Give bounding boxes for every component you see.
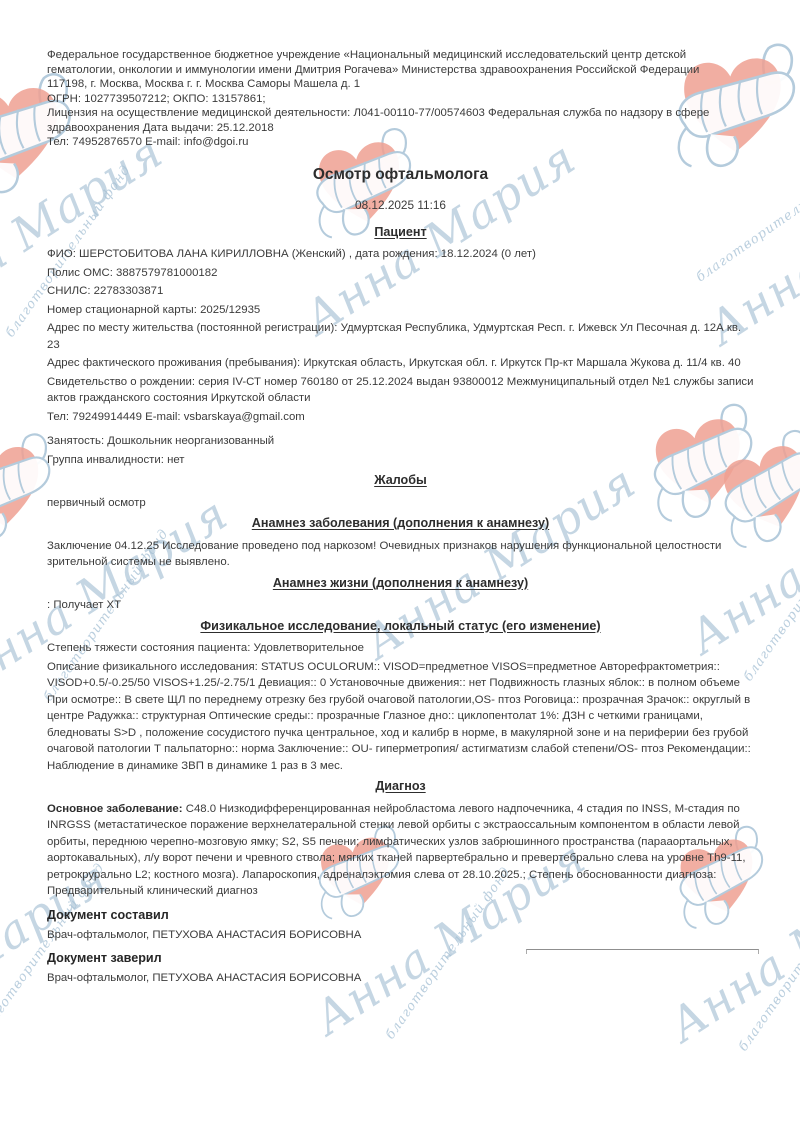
org-name: Федеральное государственное бюджетное уч…	[47, 48, 754, 77]
patient-registration-address: Адрес по месту жительства (постоянной ре…	[47, 320, 754, 353]
section-heading-patient: Пациент	[47, 225, 754, 240]
diagnosis-label: Основное заболевание:	[47, 803, 183, 815]
patient-contacts: Тел: 79249914449 E-mail: vsbarskaya@gmai…	[47, 409, 754, 426]
document-page: Анна Мария Анна Мария Анна Мария Анна Ма…	[0, 0, 800, 1131]
patient-residence-address: Адрес фактического проживания (пребывани…	[47, 355, 754, 372]
org-header: Федеральное государственное бюджетное уч…	[47, 48, 754, 150]
disease-anamnesis-text: Заключение 04.12.25 Исследование проведе…	[47, 538, 754, 571]
org-address: 117198, г. Москва, Москва г. г. Москва С…	[47, 77, 754, 92]
section-heading-complaints: Жалобы	[47, 473, 754, 488]
patient-birth-certificate: Свидетельство о рождении: серия IV-СТ но…	[47, 374, 754, 407]
patient-snils: СНИЛС: 22783303871	[47, 283, 754, 300]
physical-description: Описание физикального исследования: STAT…	[47, 659, 754, 775]
page-title: Осмотр офтальмолога	[47, 166, 754, 184]
patient-card-number: Номер стационарной карты: 2025/12935	[47, 302, 754, 319]
life-anamnesis-text: : Получает ХТ	[47, 597, 754, 614]
org-license: Лицензия на осуществление медицинской де…	[47, 106, 754, 135]
document-composed-heading: Документ составил	[47, 908, 754, 923]
section-heading-physical-exam: Физикальное исследование, локальный стат…	[47, 619, 754, 634]
org-contacts: Тел: 74952876570 E-mail: info@dgoi.ru	[47, 135, 754, 150]
document-content: Федеральное государственное бюджетное уч…	[0, 0, 800, 987]
physical-severity: Степень тяжести состояния пациента: Удов…	[47, 640, 754, 657]
diagnosis-body: С48.0 Низкодифференцированная нейробласт…	[47, 803, 746, 898]
complaints-text: первичный осмотр	[47, 495, 754, 512]
document-approved-by: Врач-офтальмолог, ПЕТУХОВА АНАСТАСИЯ БОР…	[47, 970, 754, 987]
section-heading-disease-anamnesis: Анамнез заболевания (дополнения к анамне…	[47, 516, 754, 531]
patient-disability-group: Группа инвалидности: нет	[47, 452, 754, 469]
patient-fio: ФИО: ШЕРСТОБИТОВА ЛАНА КИРИЛЛОВНА (Женск…	[47, 246, 754, 263]
signature-line	[526, 949, 759, 954]
patient-occupation: Занятость: Дошкольник неорганизованный	[47, 433, 754, 450]
document-composed-by: Врач-офтальмолог, ПЕТУХОВА АНАСТАСИЯ БОР…	[47, 927, 754, 944]
diagnosis-text: Основное заболевание: С48.0 Низкодиффере…	[47, 801, 754, 900]
section-heading-diagnosis: Диагноз	[47, 779, 754, 794]
document-datetime: 08.12.2025 11:16	[47, 198, 754, 212]
section-heading-life-anamnesis: Анамнез жизни (дополнения к анамнезу)	[47, 576, 754, 591]
patient-oms-policy: Полис ОМС: 3887579781000182	[47, 265, 754, 282]
org-ogrn-okpo: ОГРН: 1027739507212; ОКПО: 13157861;	[47, 92, 754, 107]
